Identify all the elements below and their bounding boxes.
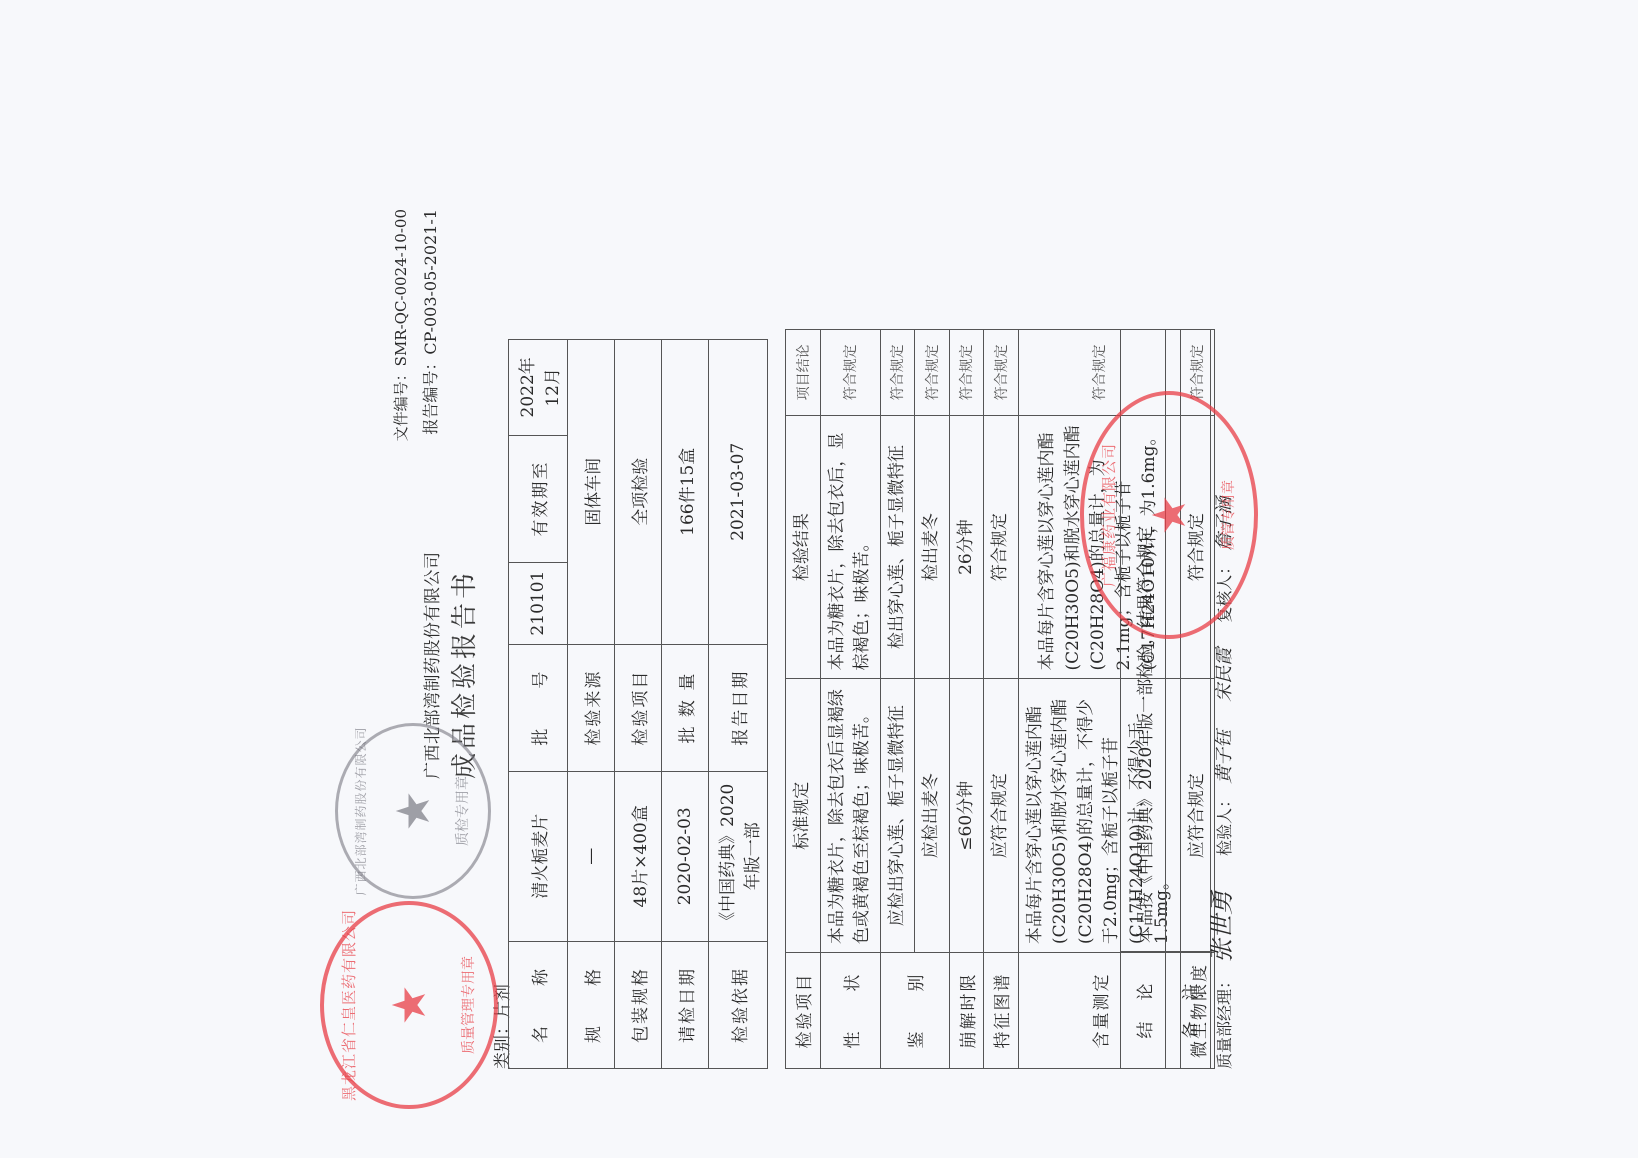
header-item: 检验项目 bbox=[786, 953, 821, 1069]
header-standard: 标准规定 bbox=[786, 679, 821, 953]
stamp-text: 广西北部湾制药股份有限公司 bbox=[352, 726, 369, 896]
table-row: 鉴 别应检出穿心莲、栀子显微特征检出穿心莲、栀子显微特征符合规定 bbox=[880, 330, 915, 1069]
row-item: 鉴 别 bbox=[880, 953, 949, 1069]
row-result: 检出麦冬 bbox=[915, 415, 950, 679]
row-result: 26分钟 bbox=[949, 415, 984, 679]
row-conclusion: 符合规定 bbox=[820, 330, 880, 416]
star-icon: ★ bbox=[1142, 494, 1196, 535]
quantity-value: 166件15盒 bbox=[662, 340, 709, 645]
row-item: 特征图谱 bbox=[984, 953, 1019, 1069]
star-icon: ★ bbox=[386, 790, 440, 831]
stamp-text: 广福康药业有限公司 bbox=[1098, 395, 1119, 635]
row-result: 本品为糖衣片，除去包衣后，显棕褐色；味极苦。 bbox=[820, 415, 880, 679]
inspection-report-page: 文件编号：SMR-QC-0024-10-00 广西北部湾制药股份有限公司 报告编… bbox=[390, 79, 1250, 1079]
source-value: 固体车间 bbox=[568, 340, 615, 645]
pack-label: 包装规格 bbox=[615, 942, 662, 1069]
spec-label: 规 格 bbox=[568, 942, 615, 1069]
row-standard: 应符合规定 bbox=[984, 679, 1019, 953]
pack-value: 48片×400盒 bbox=[615, 771, 662, 941]
row-item: 崩解时限 bbox=[949, 953, 984, 1069]
manager-signature: 张世勇 bbox=[1202, 891, 1237, 963]
row-result: 符合规定 bbox=[984, 415, 1019, 679]
stamp-subtext: 质量管理专用章 bbox=[458, 905, 478, 1105]
row-conclusion: 符合规定 bbox=[949, 330, 984, 416]
basis-label: 检验依据 bbox=[709, 942, 768, 1069]
row-item: 性 状 bbox=[820, 953, 880, 1069]
table-row: 特征图谱应符合规定符合规定符合规定 bbox=[984, 330, 1019, 1069]
name-label: 名 称 bbox=[509, 942, 568, 1069]
manager-label: 质量部经理： bbox=[1212, 973, 1235, 1069]
row-conclusion: 符合规定 bbox=[984, 330, 1019, 416]
scope-value: 全项检验 bbox=[615, 340, 662, 645]
quantity-label: 批 数 量 bbox=[662, 644, 709, 771]
header-result: 检验结果 bbox=[786, 415, 821, 679]
row-standard: 应检出穿心莲、栀子显微特征 bbox=[880, 679, 915, 953]
row-result: 检出穿心莲、栀子显微特征 bbox=[880, 415, 915, 679]
report-number: 报告编号：CP-003-05-2021-1 bbox=[418, 209, 441, 435]
row-conclusion: 符合规定 bbox=[915, 330, 950, 416]
table-header-row: 检验项目 标准规定 检验结果 项目结论 bbox=[786, 330, 821, 1069]
star-icon: ★ bbox=[382, 984, 436, 1025]
inspector-signature: 黄子钰 bbox=[1210, 730, 1236, 784]
table-row: 性 状本品为糖衣片，除去包衣后显褐绿色或黄褐色至棕褐色；味极苦。本品为糖衣片，除… bbox=[820, 330, 880, 1069]
stamp-text: 黑龙江省仁皇医药有限公司 bbox=[338, 905, 359, 1105]
document-number: 文件编号：SMR-QC-0024-10-00 bbox=[390, 209, 411, 441]
spec-value: — bbox=[568, 771, 615, 941]
request-date: 2020-02-03 bbox=[662, 771, 709, 941]
expiry-label: 有效期至 bbox=[509, 435, 568, 562]
row-standard: ≤60分钟 bbox=[949, 679, 984, 953]
expiry-date: 2022年12月 bbox=[509, 340, 568, 436]
product-info-table: 名 称 清火栀麦片 批 号 210101 有效期至 2022年12月 规 格 —… bbox=[508, 339, 768, 1069]
conclusion-label: 结 论 bbox=[1121, 952, 1166, 1069]
request-date-label: 请检日期 bbox=[662, 942, 709, 1069]
row-conclusion: 符合规定 bbox=[880, 330, 915, 416]
table-row: 崩解时限≤60分钟26分钟符合规定 bbox=[949, 330, 984, 1069]
header-conclusion: 项目结论 bbox=[786, 330, 821, 416]
scope-label: 检验项目 bbox=[615, 644, 662, 771]
inspector-signature-2: 宋民霞 bbox=[1210, 648, 1236, 702]
report-date: 2021-03-07 bbox=[709, 340, 768, 645]
company-seal-stamp-red-lower: 广福康药业有限公司 ★ 质管专用章 bbox=[1080, 391, 1258, 639]
batch-number: 210101 bbox=[509, 562, 568, 644]
row-standard: 应检出麦冬 bbox=[915, 679, 950, 953]
stamp-subtext: 质检专用章 bbox=[452, 726, 472, 896]
product-name: 清火栀麦片 bbox=[509, 771, 568, 941]
batch-label: 批 号 bbox=[509, 644, 568, 771]
stamp-subtext: 质管专用章 bbox=[1218, 395, 1238, 635]
source-label: 检验来源 bbox=[568, 644, 615, 771]
report-date-label: 报告日期 bbox=[709, 644, 768, 771]
basis-value: 《中国药典》2020年版一部 bbox=[709, 771, 768, 941]
company-seal-stamp-red-upper: 黑龙江省仁皇医药有限公司 ★ 质量管理专用章 bbox=[320, 901, 498, 1109]
quality-seal-stamp-gray: 广西北部湾制药股份有限公司 ★ 质检专用章 bbox=[335, 723, 491, 899]
inspector-label: 检验人： bbox=[1212, 792, 1235, 856]
row-standard: 本品为糖衣片，除去包衣后显褐绿色或黄褐色至棕褐色；味极苦。 bbox=[820, 679, 880, 953]
